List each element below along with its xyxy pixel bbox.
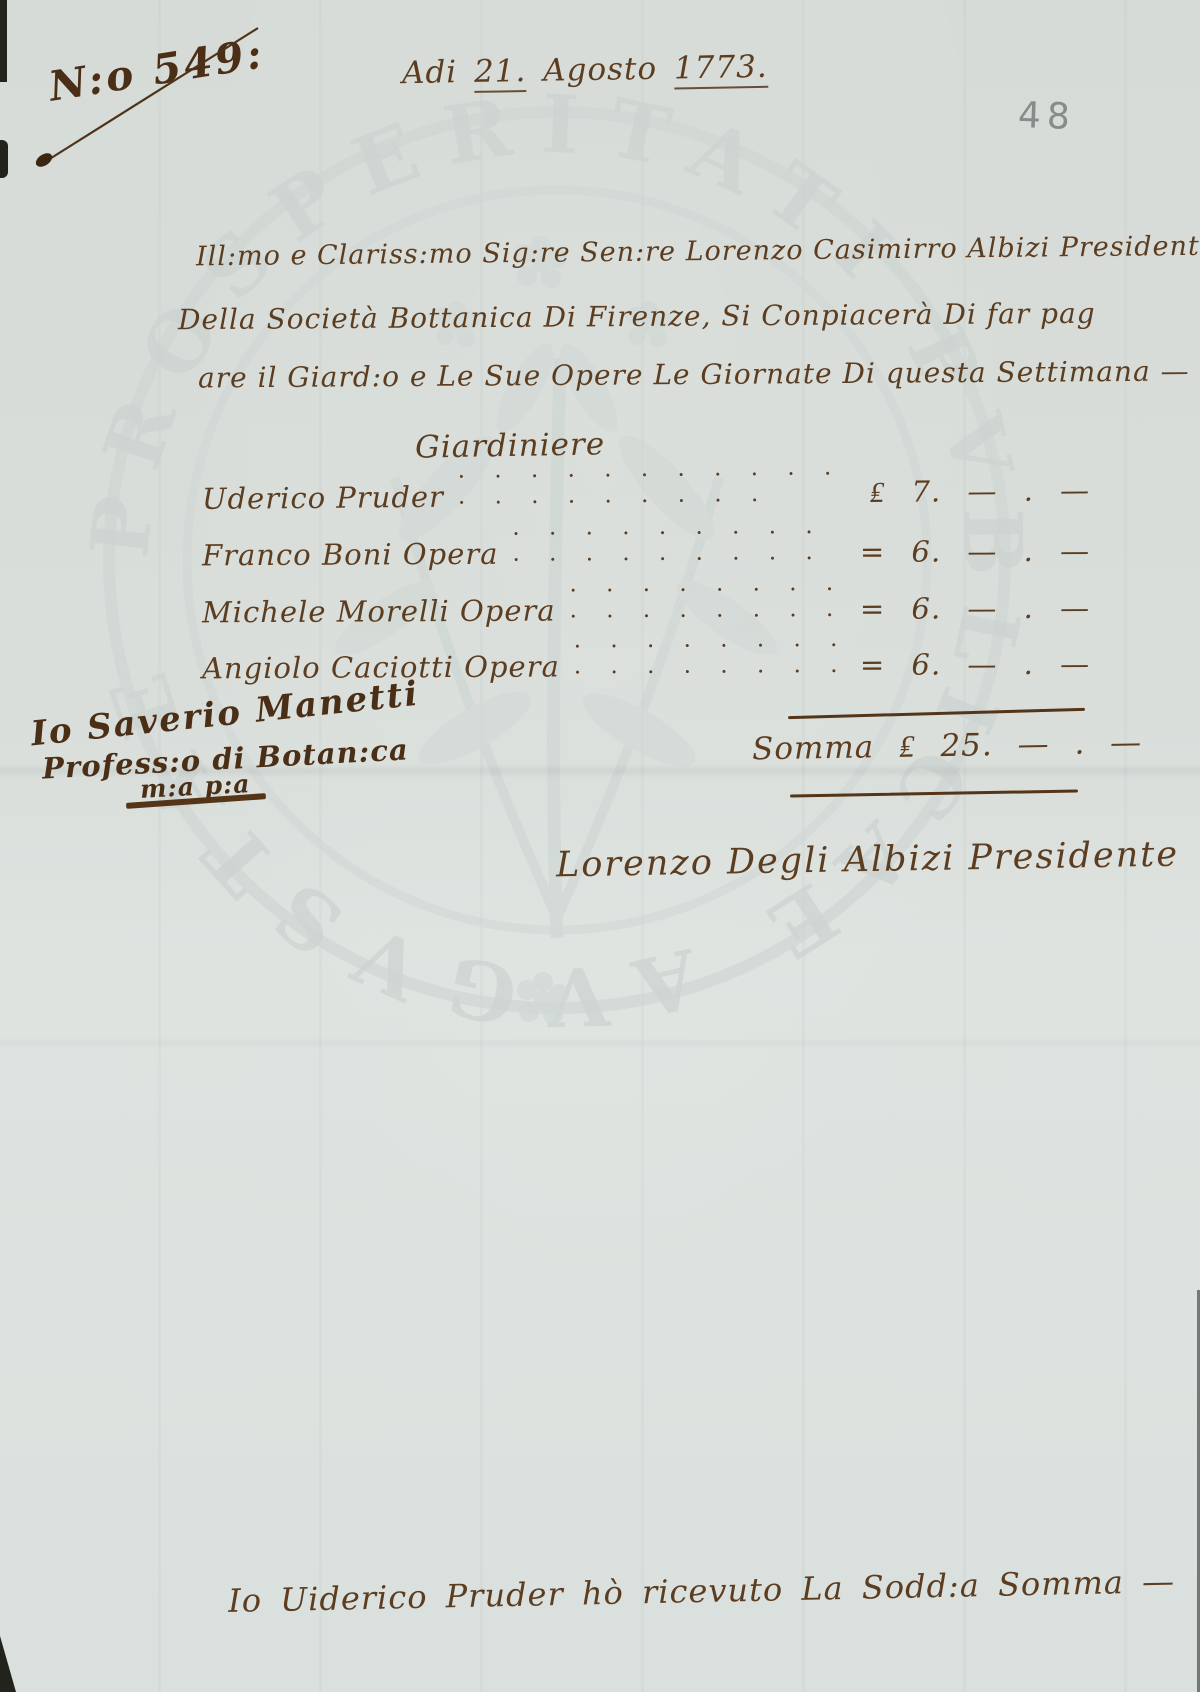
total-line: Somma ₤ 25. — . — [752, 725, 1143, 768]
amount: = 6. — . — [860, 591, 1090, 626]
worker-name: Michele Morelli Opera [202, 593, 556, 629]
amount-value: 7. — . — [911, 473, 1090, 509]
total-amount: 25. — . — [940, 725, 1142, 765]
amount: = 6. — . — [860, 647, 1090, 682]
worker-name: Franco Boni Opera [202, 537, 499, 573]
folio-number: 48 [1017, 95, 1076, 138]
amount-value: 6. — . — [911, 534, 1090, 569]
account-row: Angiolo Caciotti Opera . . . . . . . . .… [202, 631, 1090, 686]
date-prefix: Adi [402, 54, 458, 91]
currency-sign: ₤ [870, 475, 886, 509]
amount: = 6. — . — [860, 534, 1090, 569]
amount-value: 6. — . — [911, 647, 1090, 682]
account-row: Uderico Pruder . . . . . . . . . . . . .… [202, 458, 1090, 516]
body-line-2: Della Società Bottanica Di Firenze, Si C… [178, 297, 1096, 336]
pen-stroke [0, 0, 460, 200]
date-day: 21. [474, 53, 527, 93]
account-row: Franco Boni Opera . . . . . . . . . . . … [202, 518, 1090, 573]
date-year: 1773. [674, 49, 768, 90]
dot-leader: . . . . . . . . . . . . . . . . [555, 570, 860, 628]
total-currency-sign: ₤ [899, 729, 916, 765]
equals-sign: = [860, 535, 885, 569]
manuscript-page: PROSPERITATI PVBLICAE AVGVSTAE [0, 0, 1200, 1692]
date-month: Agosto [543, 51, 658, 89]
date-line: Adi 21. Agosto 1773. [402, 49, 768, 91]
total-label: Somma [752, 729, 875, 767]
dot-leader: . . . . . . . . . . . . . . . . [560, 626, 860, 684]
amount: ₤ 7. — . — [870, 473, 1091, 510]
worker-name: Uderico Pruder [202, 480, 444, 516]
receipt-line: Io Uiderico Pruder hò ricevuto La Sodd:a… [228, 1562, 1176, 1620]
body-line-3: are il Giard:o e Le Sue Opere Le Giornat… [198, 355, 1190, 395]
amount-value: 6. — . — [911, 591, 1090, 626]
dot-leader: . . . . . . . . . . . . . . . . . . [498, 513, 860, 571]
equals-sign: = [860, 648, 885, 682]
account-row: Michele Morelli Opera . . . . . . . . . … [202, 575, 1090, 630]
scan-edge [0, 1636, 16, 1692]
equals-sign: = [860, 592, 885, 626]
dot-leader: . . . . . . . . . . . . . . . . . . . . [444, 454, 870, 514]
